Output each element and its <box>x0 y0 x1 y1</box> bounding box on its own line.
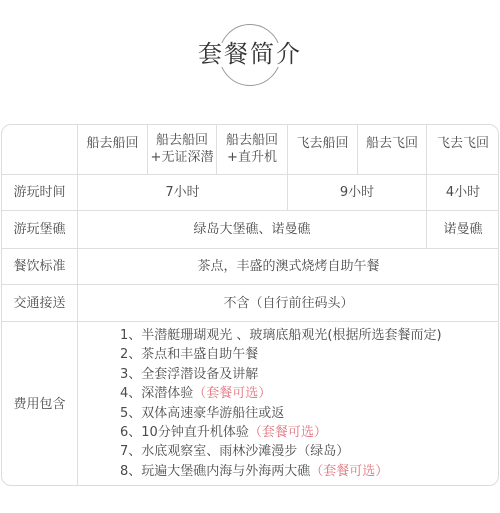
header-corner <box>2 125 77 174</box>
row-label-reefs: 游玩堡礁 <box>2 211 77 248</box>
list-item: 8、玩遍大堡礁内海与外海两大礁（套餐可选） <box>120 462 500 481</box>
row-label-duration: 游玩时间 <box>2 175 77 210</box>
header-label-line1: 船去船回 <box>156 132 208 149</box>
header-boat-fly: 船去飞回 <box>358 129 426 157</box>
page-header: 套餐简介 <box>0 0 500 110</box>
list-item: 5、双体高速豪华游船往或返 <box>120 404 500 423</box>
list-item: 6、10分钟直升机体验（套餐可选） <box>120 423 500 442</box>
list-item: 3、全套浮潜设备及讲解 <box>120 365 500 384</box>
header-boat-boat: 船去船回 <box>78 129 147 157</box>
header-label-line2: +直升机 <box>227 149 277 166</box>
item-text: 深潜体验 <box>141 386 193 401</box>
optional-tag: （套餐可选） <box>249 425 327 440</box>
reefs-main: 绿岛大堡礁、诺曼礁 <box>78 211 426 248</box>
item-number: 1、 <box>120 328 141 343</box>
page-title: 套餐简介 <box>0 38 500 70</box>
row-label-transport: 交通接送 <box>2 285 77 321</box>
header-label-line2: +无证深潜 <box>151 149 214 166</box>
duration-mixed-options: 9小时 <box>288 175 426 210</box>
header-label: 飞去船回 <box>296 135 348 152</box>
item-number: 3、 <box>120 367 141 382</box>
item-text: 茶点和丰盛自助午餐 <box>141 347 258 362</box>
header-label: 船去船回 <box>86 135 138 152</box>
item-text: 双体高速豪华游船往或返 <box>141 406 284 421</box>
optional-tag: （套餐可选） <box>310 464 388 479</box>
included-items-list: 1、半潜艇珊瑚观光 、玻璃底船观光(根据所选套餐而定) 2、茶点和丰盛自助午餐 … <box>120 326 500 481</box>
row-label-included: 费用包含 <box>2 322 77 486</box>
header-label: 飞去飞回 <box>437 135 489 152</box>
reefs-fly-fly: 诺曼礁 <box>427 211 499 248</box>
item-text: 全套浮潜设备及讲解 <box>141 367 258 382</box>
item-number: 2、 <box>120 347 141 362</box>
optional-tag: （套餐可选） <box>193 386 271 401</box>
list-item: 1、半潜艇珊瑚观光 、玻璃底船观光(根据所选套餐而定) <box>120 326 500 345</box>
header-fly-fly: 飞去飞回 <box>427 129 499 157</box>
row-label-meals: 餐饮标准 <box>2 249 77 284</box>
header-boat-boat-dive: 船去船回 +无证深潜 <box>148 129 216 169</box>
item-text: 半潜艇珊瑚观光 、玻璃底船观光(根据所选套餐而定) <box>141 328 441 343</box>
item-number: 4、 <box>120 386 141 401</box>
item-number: 8、 <box>120 464 141 479</box>
transport-value: 不含（自行前往码头） <box>78 285 499 321</box>
item-number: 6、 <box>120 425 141 440</box>
header-boat-boat-heli: 船去船回 +直升机 <box>217 129 287 169</box>
item-number: 7、 <box>120 444 141 459</box>
list-item: 7、水底观察室、雨林沙滩漫步（绿岛） <box>120 442 500 461</box>
item-text: 玩遍大堡礁内海与外海两大礁 <box>141 464 310 479</box>
duration-boat-options: 7小时 <box>78 175 287 210</box>
list-item: 2、茶点和丰盛自助午餐 <box>120 345 500 364</box>
list-item: 4、深潜体验（套餐可选） <box>120 384 500 403</box>
item-number: 5、 <box>120 406 141 421</box>
item-text: 水底观察室、雨林沙滩漫步（绿岛） <box>141 444 349 459</box>
meals-value: 茶点，丰盛的澳式烧烤自助午餐 <box>78 249 499 284</box>
header-label-line1: 船去船回 <box>226 132 278 149</box>
item-text: 10分钟直升机体验 <box>141 425 249 440</box>
header-fly-boat: 飞去船回 <box>288 129 357 157</box>
header-label: 船去飞回 <box>366 135 418 152</box>
duration-fly-fly: 4小时 <box>427 175 499 210</box>
